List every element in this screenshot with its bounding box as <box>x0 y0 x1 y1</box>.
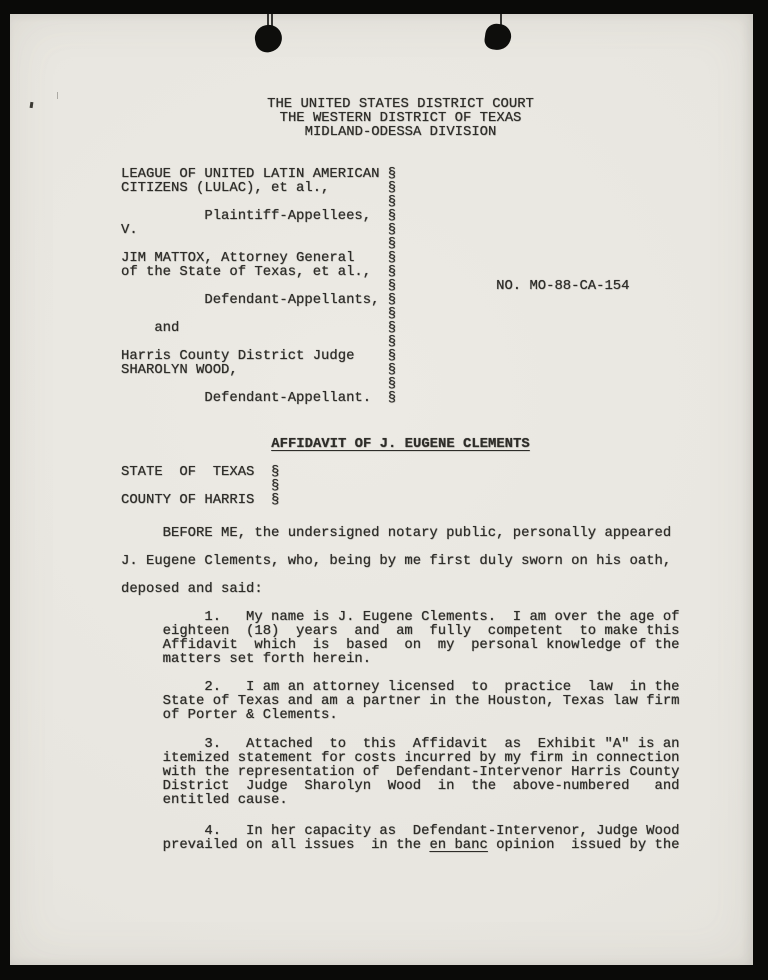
paragraph-4: 4. In her capacity as Defendant-Interven… <box>121 824 680 852</box>
paragraph-1: 1. My name is J. Eugene Clements. I am o… <box>121 610 680 666</box>
venue-block: STATE OF TEXAS § § COUNTY OF HARRIS § <box>121 465 279 507</box>
paragraph-2: 2. I am an attorney licensed to practice… <box>121 680 680 722</box>
punch-hole-left-icon <box>252 22 284 54</box>
paragraph-4-line-2-pre: prevailed on all issues in the <box>121 837 429 853</box>
paragraph-4-line-2-post: opinion issued by the <box>488 837 680 853</box>
affidavit-title: AFFIDAVIT OF J. EUGENE CLEMENTS <box>121 437 680 451</box>
punch-hole-right-icon <box>483 22 512 51</box>
paragraph-3: 3. Attached to this Affidavit as Exhibit… <box>121 737 680 807</box>
ink-speck <box>30 102 34 108</box>
en-banc-underlined: en banc <box>429 837 487 853</box>
case-caption: LEAGUE OF UNITED LATIN AMERICAN § CITIZE… <box>121 167 629 405</box>
court-header: THE UNITED STATES DISTRICT COURT THE WES… <box>121 97 680 139</box>
scratch-mark <box>57 92 58 99</box>
intro-paragraph: BEFORE ME, the undersigned notary public… <box>121 519 671 603</box>
scan-background: THE UNITED STATES DISTRICT COURT THE WES… <box>0 0 768 980</box>
affidavit-title-text: AFFIDAVIT OF J. EUGENE CLEMENTS <box>271 436 529 452</box>
document-page: THE UNITED STATES DISTRICT COURT THE WES… <box>10 14 753 965</box>
